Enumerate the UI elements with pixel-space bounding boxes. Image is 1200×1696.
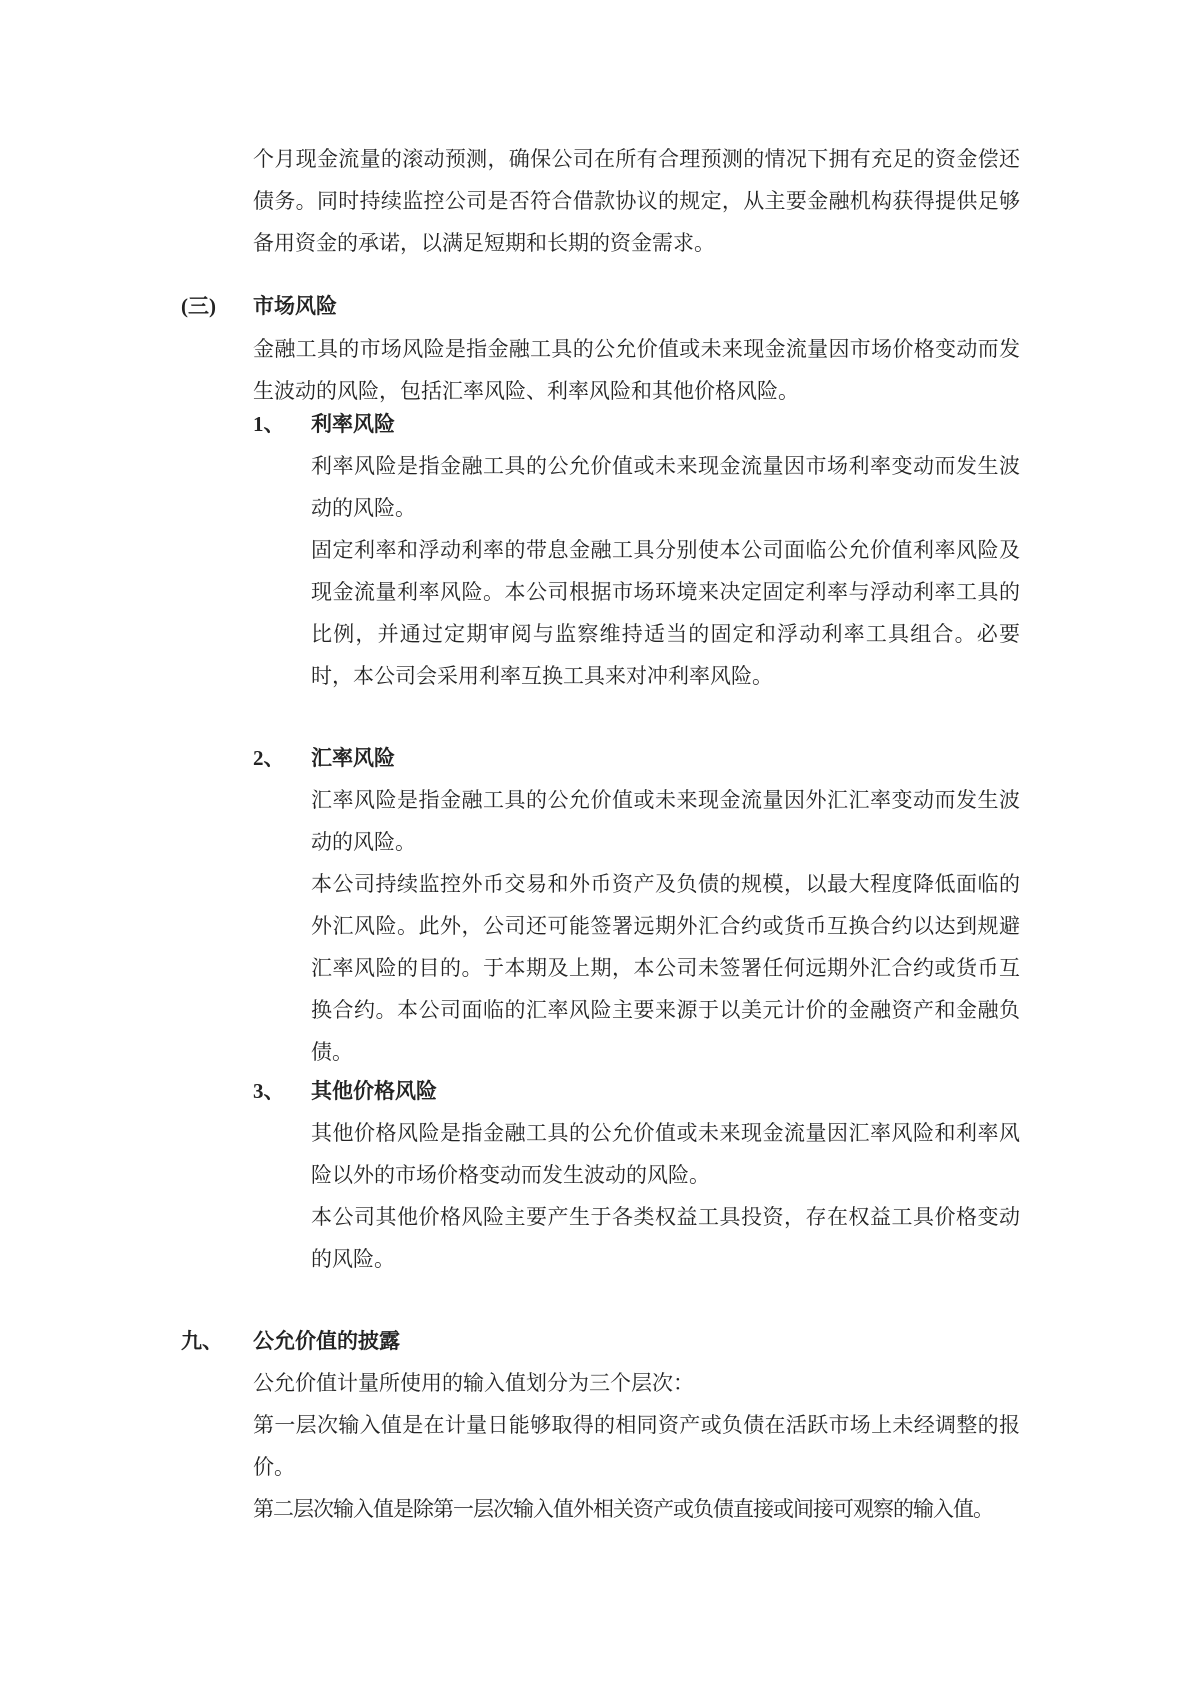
subsection-other-price-risk-body: 其他价格风险是指金融工具的公允价值或未来现金流量因汇率风险和利率风险以外的市场价…: [311, 1112, 1020, 1280]
subsection-exchange-rate-risk-body: 汇率风险是指金融工具的公允价值或未来现金流量因外汇汇率变动而发生波动的风险。 本…: [311, 779, 1020, 1073]
subsection-interest-rate-risk-marker: 1、: [253, 403, 311, 445]
subsection-other-price-risk-title: 其他价格风险: [311, 1079, 437, 1103]
subsection-other-price-risk-marker: 3、: [253, 1070, 311, 1112]
exchange-rate-risk-paragraph-2: 本公司持续监控外币交易和外币资产及负债的规模，以最大程度降低面临的外汇风险。此外…: [311, 863, 1020, 1073]
interest-rate-risk-paragraph-2: 固定利率和浮动利率的带息金融工具分别使本公司面临公允价值利率风险及现金流量利率风…: [311, 529, 1020, 697]
subsection-interest-rate-risk-title: 利率风险: [311, 412, 395, 436]
interest-rate-risk-paragraph-1: 利率风险是指金融工具的公允价值或未来现金流量因市场利率变动而发生波动的风险。: [311, 445, 1020, 529]
fair-value-paragraph-3: 第二层次输入值是除第一层次输入值外相关资产或负债直接或间接可观察的输入值。: [253, 1488, 1020, 1530]
section-fair-value-marker: 九、: [181, 1320, 253, 1362]
fair-value-paragraph-2: 第一层次输入值是在计量日能够取得的相同资产或负债在活跃市场上未经调整的报价。: [253, 1404, 1020, 1488]
section-fair-value-heading: 九、公允价值的披露: [181, 1320, 400, 1362]
section-market-risk-heading: (三)市场风险: [181, 285, 337, 327]
subsection-exchange-rate-risk-title: 汇率风险: [311, 746, 395, 770]
market-risk-intro-paragraph: 金融工具的市场风险是指金融工具的公允价值或未来现金流量因市场价格变动而发生波动的…: [253, 328, 1020, 412]
subsection-exchange-rate-risk-heading: 2、汇率风险: [253, 737, 395, 779]
section-fair-value-title: 公允价值的披露: [253, 1329, 400, 1353]
section-market-risk-marker: (三): [181, 285, 253, 327]
section-fair-value-body: 公允价值计量所使用的输入值划分为三个层次： 第一层次输入值是在计量日能够取得的相…: [253, 1362, 1020, 1530]
subsection-other-price-risk-heading: 3、其他价格风险: [253, 1070, 437, 1112]
subsection-interest-rate-risk-heading: 1、利率风险: [253, 403, 395, 445]
other-price-risk-paragraph-1: 其他价格风险是指金融工具的公允价值或未来现金流量因汇率风险和利率风险以外的市场价…: [311, 1112, 1020, 1196]
subsection-exchange-rate-risk-marker: 2、: [253, 737, 311, 779]
fair-value-paragraph-1: 公允价值计量所使用的输入值划分为三个层次：: [253, 1362, 1020, 1404]
section-market-risk-title: 市场风险: [253, 294, 337, 318]
subsection-interest-rate-risk-body: 利率风险是指金融工具的公允价值或未来现金流量因市场利率变动而发生波动的风险。 固…: [311, 445, 1020, 697]
other-price-risk-paragraph-2: 本公司其他价格风险主要产生于各类权益工具投资，存在权益工具价格变动的风险。: [311, 1196, 1020, 1280]
exchange-rate-risk-paragraph-1: 汇率风险是指金融工具的公允价值或未来现金流量因外汇汇率变动而发生波动的风险。: [311, 779, 1020, 863]
intro-paragraph: 个月现金流量的滚动预测，确保公司在所有合理预测的情况下拥有充足的资金偿还债务。同…: [253, 138, 1020, 264]
document-page: 个月现金流量的滚动预测，确保公司在所有合理预测的情况下拥有充足的资金偿还债务。同…: [0, 0, 1200, 1696]
